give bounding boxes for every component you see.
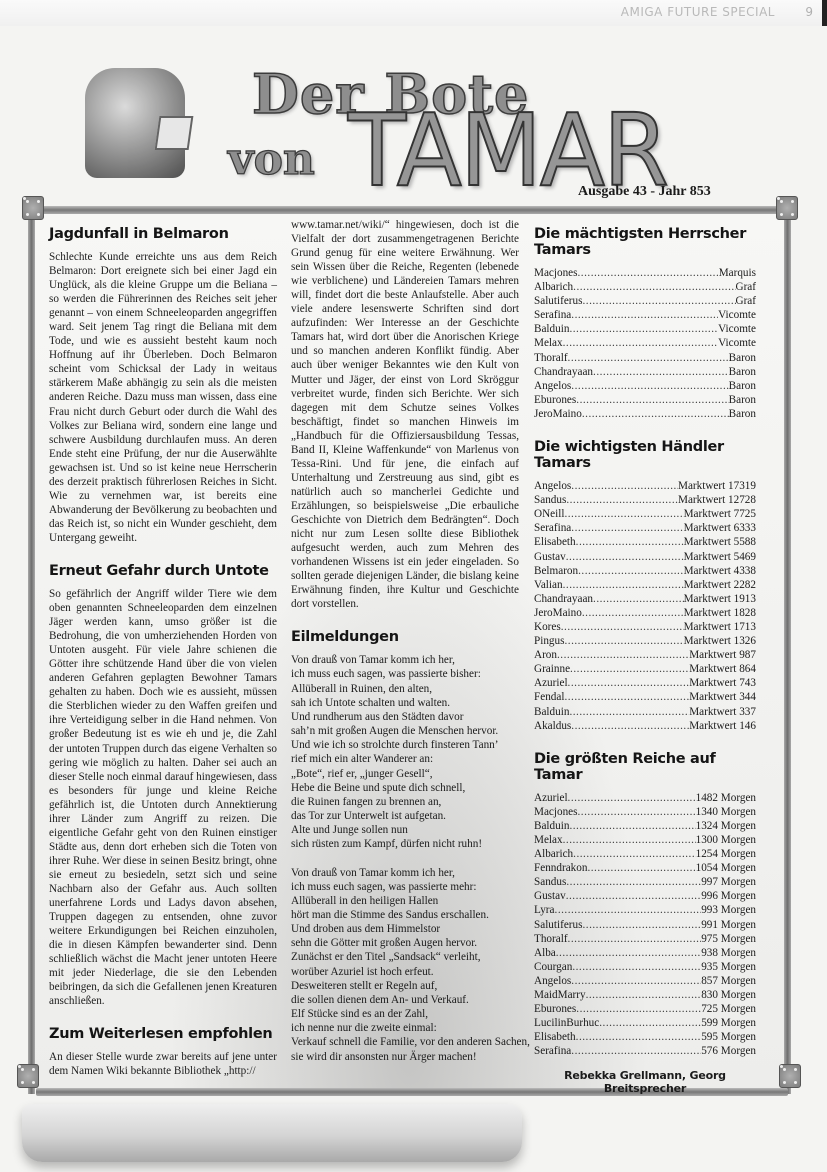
list-row: Macjones1340 Morgen bbox=[534, 805, 756, 819]
masthead-title-von: von bbox=[228, 134, 315, 185]
row-name: Salutiferus bbox=[534, 294, 582, 308]
row-value: 975 Morgen bbox=[701, 932, 756, 946]
dot-leader bbox=[569, 322, 718, 336]
article-heading-weiterlesen: Zum Weiterlesen empfohlen bbox=[49, 1026, 277, 1042]
frame-bar-top bbox=[36, 206, 788, 214]
row-name: Angelos bbox=[534, 379, 571, 393]
row-value: 1054 Morgen bbox=[696, 861, 756, 875]
row-name: Azuriel bbox=[534, 676, 568, 690]
page-number: 9 bbox=[805, 5, 813, 19]
row-name: Gustav bbox=[534, 889, 566, 903]
list-row: Eburones725 Morgen bbox=[534, 1002, 756, 1016]
row-name: Serafina bbox=[534, 1044, 571, 1058]
frame-bar-left bbox=[28, 206, 35, 1094]
row-name: MaidMarry bbox=[534, 988, 586, 1002]
poem-line: die sollen dienen dem An- und Verkauf. bbox=[291, 993, 519, 1007]
dot-leader bbox=[568, 932, 702, 946]
poem-line: Zunächst er den Titel „Sandsack“ verleih… bbox=[291, 950, 519, 964]
book-icon bbox=[155, 116, 194, 150]
poem-line: Und wie ich so strolchte durch finsteren… bbox=[291, 738, 519, 752]
row-name: Thoralf bbox=[534, 351, 568, 365]
poem-line: sie wird dir ansonsten nur Ärger machen! bbox=[291, 1050, 519, 1064]
list-row: SerafinaMarktwert 6333 bbox=[534, 521, 756, 535]
frame-bar-right bbox=[784, 206, 791, 1094]
dot-leader bbox=[582, 606, 684, 620]
dot-leader bbox=[569, 819, 695, 833]
poem-line: ich nenne nur die zweite einmal: bbox=[291, 1021, 519, 1035]
dot-leader bbox=[568, 676, 690, 690]
row-value: Marktwert 864 bbox=[689, 662, 756, 676]
dot-leader bbox=[599, 1016, 701, 1030]
frame-corner-rivet-icon bbox=[776, 196, 798, 220]
article-heading-eilmeldungen: Eilmeldungen bbox=[291, 629, 519, 645]
row-name: Thoralf bbox=[534, 932, 568, 946]
row-name: Melax bbox=[534, 833, 563, 847]
list-row: Azuriel1482 Morgen bbox=[534, 791, 756, 805]
row-value: 1300 Morgen bbox=[696, 833, 756, 847]
row-value: Marktwert 1913 bbox=[684, 592, 756, 606]
poem-line: Elf Stücke sind es an der Zahl, bbox=[291, 1007, 519, 1021]
list-row: ONeillMarktwert 7725 bbox=[534, 507, 756, 521]
list-row: SalutiferusGraf bbox=[534, 294, 756, 308]
row-value: Marktwert 1828 bbox=[684, 606, 756, 620]
dot-leader bbox=[566, 550, 684, 564]
list-row: LucilinBurhuc599 Morgen bbox=[534, 1016, 756, 1030]
row-name: Balduin bbox=[534, 705, 569, 719]
dot-leader bbox=[564, 507, 683, 521]
dot-leader bbox=[578, 564, 683, 578]
row-name: Kores bbox=[534, 620, 561, 634]
dot-leader bbox=[582, 407, 729, 421]
row-value: 993 Morgen bbox=[701, 903, 756, 917]
dot-leader bbox=[563, 578, 684, 592]
row-value: Vicomte bbox=[718, 336, 756, 350]
row-value: 1324 Morgen bbox=[696, 819, 756, 833]
row-name: Valian bbox=[534, 578, 563, 592]
two-scholars-figure-icon bbox=[85, 68, 185, 178]
poem-line: Desweiteren stellt er Regeln auf, bbox=[291, 979, 519, 993]
list-row: AlbarichGraf bbox=[534, 280, 756, 294]
row-value: Marktwert 4338 bbox=[684, 564, 756, 578]
list-row: FendalMarktwert 344 bbox=[534, 690, 756, 704]
list-row: Melax1300 Morgen bbox=[534, 833, 756, 847]
poem-stanza-1: Von drauß von Tamar komm ich her, ich mu… bbox=[291, 653, 519, 851]
row-value: Marktwert 987 bbox=[689, 648, 756, 662]
poem-line: Allüberall in Ruinen, den alten, bbox=[291, 682, 519, 696]
row-name: Grainne bbox=[534, 662, 570, 676]
list-row: MaidMarry830 Morgen bbox=[534, 988, 756, 1002]
row-name: Elisabeth bbox=[534, 535, 576, 549]
poem-line: „Bote“, rief er, „junger Gesell“, bbox=[291, 767, 519, 781]
row-value: 996 Morgen bbox=[701, 889, 756, 903]
page-edge bbox=[822, 0, 827, 26]
dot-leader bbox=[566, 889, 702, 903]
column-3: Die mächtigsten Herrscher Tamars Macjone… bbox=[534, 226, 756, 1095]
row-name: Serafina bbox=[534, 308, 571, 322]
list-row: GustavMarktwert 5469 bbox=[534, 550, 756, 564]
row-name: Sandus bbox=[534, 493, 566, 507]
list-row: Salutiferus991 Morgen bbox=[534, 918, 756, 932]
frame-corner-rivet-icon bbox=[779, 1064, 801, 1088]
row-value: 830 Morgen bbox=[701, 988, 756, 1002]
issue-label: Ausgabe 43 - Jahr 853 bbox=[578, 184, 711, 200]
dot-leader bbox=[571, 719, 689, 733]
row-name: JeroMaino bbox=[534, 407, 582, 421]
row-value: Marktwert 1326 bbox=[684, 634, 756, 648]
list-row: PingusMarktwert 1326 bbox=[534, 634, 756, 648]
row-value: Marktwert 5588 bbox=[684, 535, 756, 549]
list-row: JeroMainoBaron bbox=[534, 407, 756, 421]
masthead: Der Bote von TAMAR Ausgabe 43 - Jahr 853 bbox=[0, 26, 827, 196]
row-value: 1340 Morgen bbox=[696, 805, 756, 819]
row-value: Marquis bbox=[719, 266, 756, 280]
row-name: Balduin bbox=[534, 322, 569, 336]
list-row: AronMarktwert 987 bbox=[534, 648, 756, 662]
poem-line: ich muss euch sagen, was passierte bishe… bbox=[291, 667, 519, 681]
poem-line: die Ruinen fangen zu brennen an, bbox=[291, 795, 519, 809]
dot-leader bbox=[566, 493, 678, 507]
list-row: MacjonesMarquis bbox=[534, 266, 756, 280]
list-row: BalduinVicomte bbox=[534, 322, 756, 336]
dot-leader bbox=[573, 280, 735, 294]
row-name: Balduin bbox=[534, 819, 569, 833]
list-row: EburonesBaron bbox=[534, 393, 756, 407]
column-2: www.tamar.net/wiki/“ hingewiesen, doch i… bbox=[291, 218, 519, 1064]
row-name: Lyra bbox=[534, 903, 555, 917]
row-name: Albarich bbox=[534, 280, 573, 294]
poem-line: sehn die Götter mit großen Augen hervor. bbox=[291, 936, 519, 950]
dot-leader bbox=[568, 351, 729, 365]
row-name: Aron bbox=[534, 648, 557, 662]
dot-leader bbox=[571, 379, 728, 393]
row-value: 857 Morgen bbox=[701, 974, 756, 988]
list-row: Albarich1254 Morgen bbox=[534, 847, 756, 861]
row-value: 991 Morgen bbox=[701, 918, 756, 932]
list-row: Thoralf975 Morgen bbox=[534, 932, 756, 946]
dot-leader bbox=[557, 648, 689, 662]
list-row: ValianMarktwert 2282 bbox=[534, 578, 756, 592]
row-value: Marktwert 1713 bbox=[684, 620, 756, 634]
list-row: AngelosMarktwert 17319 bbox=[534, 479, 756, 493]
row-name: Pingus bbox=[534, 634, 564, 648]
dot-leader bbox=[578, 805, 696, 819]
row-name: Macjones bbox=[534, 805, 578, 819]
row-value: Marktwert 6333 bbox=[684, 521, 756, 535]
row-value: Marktwert 17319 bbox=[678, 479, 756, 493]
dot-leader bbox=[593, 592, 684, 606]
row-name: Angelos bbox=[534, 479, 571, 493]
row-name: Eburones bbox=[534, 1002, 576, 1016]
dot-leader bbox=[563, 336, 719, 350]
row-value: 1482 Morgen bbox=[696, 791, 756, 805]
dot-leader bbox=[555, 903, 702, 917]
list-row: Fenndrakon1054 Morgen bbox=[534, 861, 756, 875]
row-value: 595 Morgen bbox=[701, 1030, 756, 1044]
row-name: Eburones bbox=[534, 393, 576, 407]
list-row: Lyra993 Morgen bbox=[534, 903, 756, 917]
article-body-weiterlesen: An dieser Stelle wurde zwar bereits auf … bbox=[49, 1050, 277, 1078]
row-value: Marktwert 2282 bbox=[684, 578, 756, 592]
traders-heading: Die wichtigsten Händler Tamars bbox=[534, 439, 756, 471]
row-value: 997 Morgen bbox=[701, 875, 756, 889]
running-header: AMIGA FUTURE SPECIAL 9 bbox=[0, 0, 827, 26]
dot-leader bbox=[556, 946, 701, 960]
column-1: Jagdunfall in Belmaron Schlechte Kunde e… bbox=[49, 226, 277, 1078]
article-heading-untote: Erneut Gefahr durch Untote bbox=[49, 563, 277, 579]
rulers-heading: Die mächtigsten Herrscher Tamars bbox=[534, 226, 756, 258]
dot-leader bbox=[569, 705, 689, 719]
row-name: Sandus bbox=[534, 875, 566, 889]
row-value: Graf bbox=[736, 294, 757, 308]
dot-leader bbox=[576, 393, 728, 407]
list-row: ChandrayaanBaron bbox=[534, 365, 756, 379]
list-row: Angelos857 Morgen bbox=[534, 974, 756, 988]
traders-list: AngelosMarktwert 17319SandusMarktwert 12… bbox=[534, 479, 756, 733]
dot-leader bbox=[582, 294, 735, 308]
poem-line: Von drauß von Tamar komm ich her, bbox=[291, 866, 519, 880]
row-name: Belmaron bbox=[534, 564, 578, 578]
dot-leader bbox=[578, 266, 719, 280]
row-value: Marktwert 7725 bbox=[684, 507, 756, 521]
list-row: GrainneMarktwert 864 bbox=[534, 662, 756, 676]
row-name: Serafina bbox=[534, 521, 571, 535]
dot-leader bbox=[563, 833, 696, 847]
dot-leader bbox=[572, 960, 701, 974]
list-row: ElisabethMarktwert 5588 bbox=[534, 535, 756, 549]
row-name: JeroMaino bbox=[534, 606, 582, 620]
row-value: Baron bbox=[729, 407, 756, 421]
poem-line: sah ich Untote schalten und walten. bbox=[291, 696, 519, 710]
article-body-jagdunfall: Schlechte Kunde erreichte uns aus dem Re… bbox=[49, 250, 277, 545]
dot-leader bbox=[571, 521, 683, 535]
rulers-list: MacjonesMarquisAlbarichGrafSalutiferusGr… bbox=[534, 266, 756, 421]
row-name: Elisabeth bbox=[534, 1030, 576, 1044]
poem-line: Hebe die Beine und spute dich schnell, bbox=[291, 781, 519, 795]
dot-leader bbox=[576, 1030, 702, 1044]
row-value: Marktwert 12728 bbox=[678, 493, 756, 507]
list-row: SandusMarktwert 12728 bbox=[534, 493, 756, 507]
row-value: Marktwert 344 bbox=[689, 690, 756, 704]
list-row: JeroMainoMarktwert 1828 bbox=[534, 606, 756, 620]
list-row: BelmaronMarktwert 4338 bbox=[534, 564, 756, 578]
dot-leader bbox=[564, 690, 689, 704]
list-row: Courgan935 Morgen bbox=[534, 960, 756, 974]
publication-name: AMIGA FUTURE SPECIAL bbox=[621, 5, 775, 19]
list-row: Alba938 Morgen bbox=[534, 946, 756, 960]
row-value: 935 Morgen bbox=[701, 960, 756, 974]
row-name: Albarich bbox=[534, 847, 573, 861]
author-credits: Rebekka Grellmann, Georg Breitsprecher bbox=[534, 1069, 756, 1095]
dot-leader bbox=[564, 634, 683, 648]
poem-line: ich muss euch sagen, was passierte mehr: bbox=[291, 880, 519, 894]
list-row: ChandrayaanMarktwert 1913 bbox=[534, 592, 756, 606]
row-name: Salutiferus bbox=[534, 918, 582, 932]
row-name: Akaldus bbox=[534, 719, 571, 733]
dot-leader bbox=[571, 479, 678, 493]
row-value: Baron bbox=[729, 393, 756, 407]
row-value: Graf bbox=[736, 280, 757, 294]
article-heading-jagdunfall: Jagdunfall in Belmaron bbox=[49, 226, 277, 242]
dot-leader bbox=[593, 365, 729, 379]
poem-line: Verkauf schnell die Familie, vor den and… bbox=[291, 1035, 519, 1049]
row-name: Azuriel bbox=[534, 791, 568, 805]
row-name: ONeill bbox=[534, 507, 564, 521]
dot-leader bbox=[561, 620, 684, 634]
dot-leader bbox=[571, 308, 718, 322]
row-value: Marktwert 337 bbox=[689, 705, 756, 719]
poem-line: hört man die Stimme des Sandus erschalle… bbox=[291, 908, 519, 922]
row-name: Gustav bbox=[534, 550, 566, 564]
row-name: Angelos bbox=[534, 974, 571, 988]
row-value: Marktwert 743 bbox=[689, 676, 756, 690]
frame-corner-rivet-icon bbox=[17, 1064, 39, 1088]
list-row: AzurielMarktwert 743 bbox=[534, 676, 756, 690]
row-value: Baron bbox=[729, 365, 756, 379]
dot-leader bbox=[582, 918, 701, 932]
row-name: Macjones bbox=[534, 266, 578, 280]
realms-heading: Die größten Reiche auf Tamar bbox=[534, 751, 756, 783]
row-value: Baron bbox=[729, 351, 756, 365]
dot-leader bbox=[568, 791, 696, 805]
list-row: Balduin1324 Morgen bbox=[534, 819, 756, 833]
realms-list: Azuriel1482 MorgenMacjones1340 MorgenBal… bbox=[534, 791, 756, 1059]
row-value: 1254 Morgen bbox=[696, 847, 756, 861]
poem-line: worüber Azuriel ist hoch erfeut. bbox=[291, 965, 519, 979]
dot-leader bbox=[570, 662, 689, 676]
article-body-untote: So gefährlich der Angriff wilder Tiere w… bbox=[49, 587, 277, 1008]
poem-line: rief mich ein alter Wanderer an: bbox=[291, 752, 519, 766]
scroll-roll-decoration bbox=[22, 1104, 522, 1162]
poem-line: das Tor zur Unterwelt ist aufgetan. bbox=[291, 809, 519, 823]
row-value: Marktwert 146 bbox=[689, 719, 756, 733]
poem-line: Allüberall in den heiligen Hallen bbox=[291, 894, 519, 908]
poem-line: Und droben aus dem Himmelstor bbox=[291, 922, 519, 936]
dot-leader bbox=[571, 1044, 701, 1058]
row-value: 599 Morgen bbox=[701, 1016, 756, 1030]
row-value: Marktwert 5469 bbox=[684, 550, 756, 564]
row-value: 576 Morgen bbox=[701, 1044, 756, 1058]
dot-leader bbox=[573, 847, 695, 861]
dot-leader bbox=[576, 535, 684, 549]
list-row: AkaldusMarktwert 146 bbox=[534, 719, 756, 733]
row-name: Chandrayaan bbox=[534, 365, 593, 379]
dot-leader bbox=[566, 875, 701, 889]
dot-leader bbox=[586, 988, 702, 1002]
frame-corner-rivet-icon bbox=[22, 196, 44, 220]
row-name: Melax bbox=[534, 336, 563, 350]
row-name: LucilinBurhuc bbox=[534, 1016, 599, 1030]
list-row: Gustav996 Morgen bbox=[534, 889, 756, 903]
article-body-weiterlesen-continued: www.tamar.net/wiki/“ hingewiesen, doch i… bbox=[291, 218, 519, 611]
poem-line: Und rundherum aus den Städten davor bbox=[291, 710, 519, 724]
row-value: 938 Morgen bbox=[701, 946, 756, 960]
row-name: Fenndrakon bbox=[534, 861, 587, 875]
list-row: ThoralfBaron bbox=[534, 351, 756, 365]
list-row: AngelosBaron bbox=[534, 379, 756, 393]
row-name: Alba bbox=[534, 946, 556, 960]
row-value: Baron bbox=[729, 379, 756, 393]
list-row: Serafina576 Morgen bbox=[534, 1044, 756, 1058]
list-row: MelaxVicomte bbox=[534, 336, 756, 350]
row-name: Fendal bbox=[534, 690, 564, 704]
poem-line: sah’n mit großen Augen die Menschen herv… bbox=[291, 724, 519, 738]
poem-line: Von drauß von Tamar komm ich her, bbox=[291, 653, 519, 667]
list-row: Sandus997 Morgen bbox=[534, 875, 756, 889]
row-name: Chandrayaan bbox=[534, 592, 593, 606]
list-row: Elisabeth595 Morgen bbox=[534, 1030, 756, 1044]
row-value: 725 Morgen bbox=[701, 1002, 756, 1016]
poem-line: sich rüsten zum Kampf, dürfen nicht ruhn… bbox=[291, 837, 519, 851]
list-row: KoresMarktwert 1713 bbox=[534, 620, 756, 634]
list-row: BalduinMarktwert 337 bbox=[534, 705, 756, 719]
row-name: Courgan bbox=[534, 960, 572, 974]
row-value: Vicomte bbox=[718, 308, 756, 322]
poem-stanza-2: Von drauß von Tamar komm ich her, ich mu… bbox=[291, 866, 519, 1064]
dot-leader bbox=[576, 1002, 701, 1016]
row-value: Vicomte bbox=[718, 322, 756, 336]
dot-leader bbox=[587, 861, 695, 875]
dot-leader bbox=[571, 974, 701, 988]
list-row: SerafinaVicomte bbox=[534, 308, 756, 322]
poem-line: Alte und Junge sollen nun bbox=[291, 823, 519, 837]
